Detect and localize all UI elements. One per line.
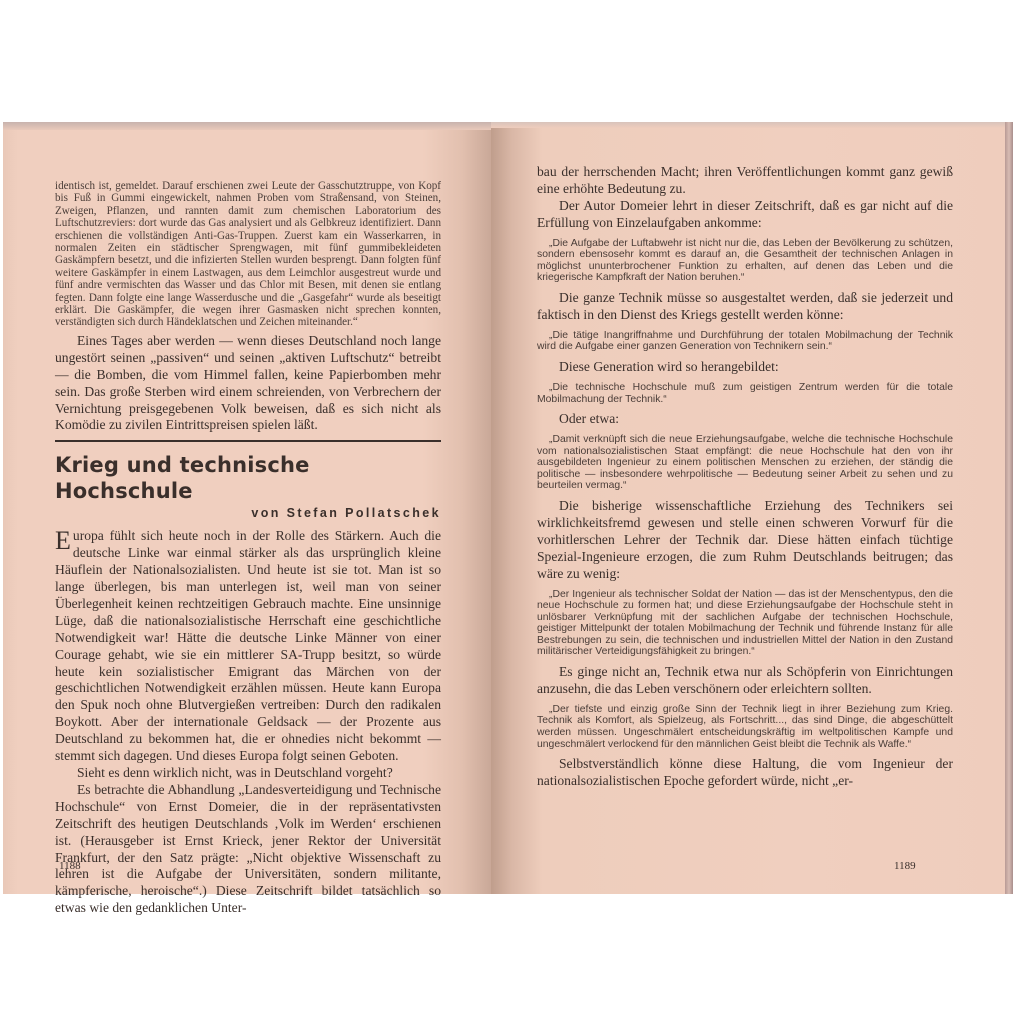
paragraph: Europa fühlt sich heute noch in der Roll… [55,528,441,765]
paragraph: Eines Tages aber werden — wenn dieses De… [55,333,441,434]
left-page: identisch ist, gemeldet. Darauf erschien… [3,122,491,894]
page-edges [1005,122,1013,894]
byline: von Stefan Pollatschek [55,506,441,520]
page-number: 1188 [59,860,81,872]
page-number: 1189 [894,860,916,872]
paragraph: Oder etwa: [537,411,953,428]
block-quote: „Damit verknüpft sich die neue Erziehung… [537,434,953,492]
left-page-text: identisch ist, gemeldet. Darauf erschien… [55,180,441,917]
right-page: bau der herrschenden Macht; ihren Veröff… [491,122,1005,894]
paragraph: Sieht es denn wirklich nicht, was in Deu… [55,765,441,782]
open-book: identisch ist, gemeldet. Darauf erschien… [3,122,1013,894]
drop-cap: E [55,530,71,552]
section-divider [55,440,441,442]
opening-paragraph: identisch ist, gemeldet. Darauf erschien… [55,180,441,329]
paragraph: Der Autor Domeier lehrt in dieser Zeitsc… [537,198,953,232]
paragraph: Die ganze Technik müsse so ausgestaltet … [537,290,953,324]
paragraph: Diese Generation wird so herangebildet: [537,359,953,376]
block-quote: „Die Aufgabe der Luftabwehr ist nicht nu… [537,238,953,284]
right-page-text: bau der herrschenden Macht; ihren Veröff… [537,164,953,790]
paragraph: Selbstverständlich könne diese Haltung, … [537,756,953,790]
paragraph: Es ginge nicht an, Technik etwa nur als … [537,664,953,698]
paragraph: Es betrachte die Abhandlung „Landesverte… [55,782,441,917]
paragraph: bau der herrschenden Macht; ihren Veröff… [537,164,953,198]
block-quote: „Der tiefste und einzig große Sinn der T… [537,704,953,750]
paragraph: Die bisherige wissenschaftliche Erziehun… [537,498,953,583]
block-quote: „Der Ingenieur als technischer Soldat de… [537,589,953,659]
block-quote: „Die tätige Inangriffnahme und Durchführ… [537,330,953,353]
block-quote: „Die technische Hochschule muß zum geist… [537,382,953,405]
article-title: Krieg und technische Hochschule [55,452,441,504]
